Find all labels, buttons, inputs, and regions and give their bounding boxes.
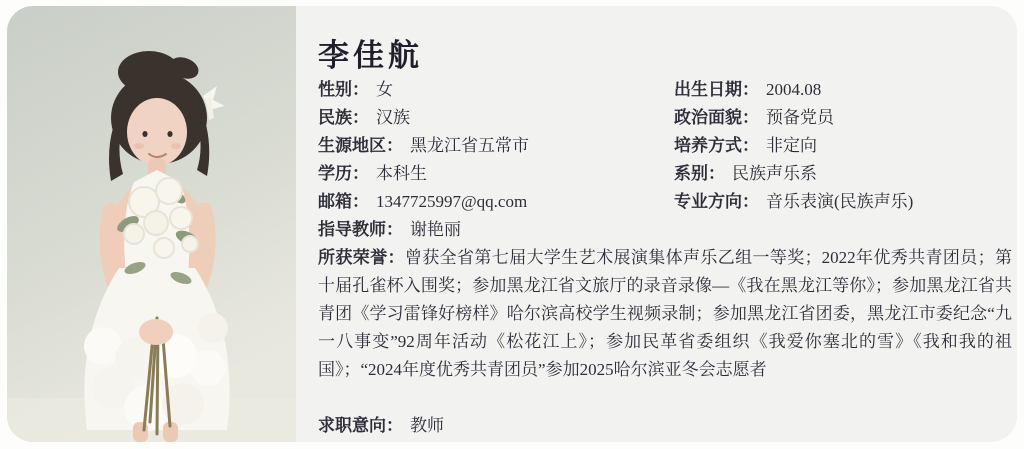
job-label: 求职意向： bbox=[318, 416, 403, 435]
field-label: 培养方式： bbox=[674, 136, 759, 155]
profile-photo bbox=[7, 6, 296, 442]
field-value: 黑龙江省五常市 bbox=[410, 136, 529, 155]
field-value: 本科生 bbox=[376, 164, 427, 183]
field-label: 专业方向： bbox=[674, 192, 759, 211]
field-label: 政治面貌： bbox=[674, 108, 759, 127]
field-value: 1347725997@qq.com bbox=[376, 192, 527, 211]
field-label: 性别： bbox=[318, 80, 369, 99]
honors-label: 所获荣誉： bbox=[318, 248, 405, 267]
field-gender: 性别：女 bbox=[318, 76, 674, 104]
info-grid: 性别：女 民族：汉族 生源地区：黑龙江省五常市 学历：本科生 邮箱：134772… bbox=[318, 76, 1012, 244]
field-value: 2004.08 bbox=[766, 80, 821, 99]
job-value: 教师 bbox=[410, 416, 444, 435]
field-department: 系别：民族声乐系 bbox=[674, 160, 1012, 188]
candidate-name: 李佳航 bbox=[318, 30, 423, 75]
field-label: 学历： bbox=[318, 164, 369, 183]
field-education: 学历：本科生 bbox=[318, 160, 674, 188]
honors-paragraph: 所获荣誉：曾获全省第七届大学生艺术展演集体声乐乙组一等奖；2022年优秀共青团员… bbox=[318, 244, 1012, 384]
field-value: 音乐表演(民族声乐) bbox=[766, 192, 913, 211]
field-value: 预备党员 bbox=[766, 108, 834, 127]
field-email: 邮箱：1347725997@qq.com bbox=[318, 188, 674, 216]
field-label: 邮箱： bbox=[318, 192, 369, 211]
field-label: 出生日期： bbox=[674, 80, 759, 99]
field-label: 生源地区： bbox=[318, 136, 403, 155]
field-value: 非定向 bbox=[766, 136, 817, 155]
field-label: 民族： bbox=[318, 108, 369, 127]
field-birthdate: 出生日期：2004.08 bbox=[674, 76, 1012, 104]
field-value: 谢艳丽 bbox=[410, 220, 461, 239]
field-label: 系别： bbox=[674, 164, 725, 183]
resume-card: 李佳航 性别：女 民族：汉族 生源地区：黑龙江省五常市 学历：本科生 邮箱：13… bbox=[7, 6, 1017, 442]
info-column-left: 性别：女 民族：汉族 生源地区：黑龙江省五常市 学历：本科生 邮箱：134772… bbox=[318, 76, 674, 244]
field-value: 民族声乐系 bbox=[732, 164, 817, 183]
field-major: 专业方向：音乐表演(民族声乐) bbox=[674, 188, 1012, 216]
field-political-status: 政治面貌：预备党员 bbox=[674, 104, 1012, 132]
field-value: 女 bbox=[376, 80, 393, 99]
field-hometown: 生源地区：黑龙江省五常市 bbox=[318, 132, 674, 160]
field-value: 汉族 bbox=[376, 108, 410, 127]
field-label: 指导教师： bbox=[318, 220, 403, 239]
job-intention-row: 求职意向：教师 bbox=[318, 412, 444, 440]
resume-content: 李佳航 性别：女 民族：汉族 生源地区：黑龙江省五常市 学历：本科生 邮箱：13… bbox=[318, 6, 1012, 442]
info-column-right: 出生日期：2004.08 政治面貌：预备党员 培养方式：非定向 系别：民族声乐系… bbox=[674, 76, 1012, 244]
field-advisor: 指导教师：谢艳丽 bbox=[318, 216, 674, 244]
photo-illustration bbox=[7, 6, 296, 442]
field-ethnicity: 民族：汉族 bbox=[318, 104, 674, 132]
honors-text: 曾获全省第七届大学生艺术展演集体声乐乙组一等奖；2022年优秀共青团员；第十届孔… bbox=[318, 248, 1012, 379]
field-training-mode: 培养方式：非定向 bbox=[674, 132, 1012, 160]
